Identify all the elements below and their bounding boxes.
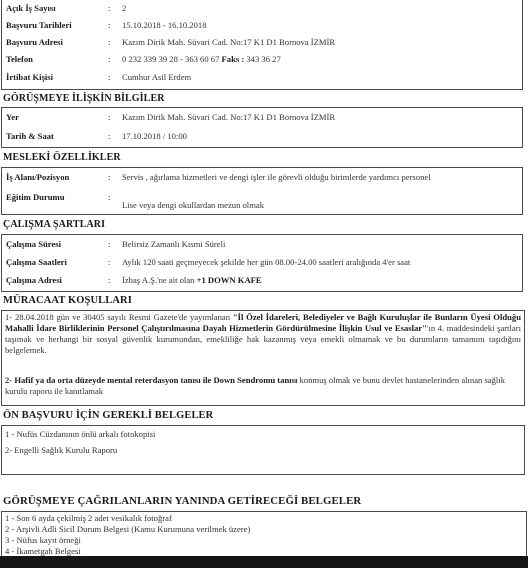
profession-row-position: İş Alanı/Pozisyon : Servis , ağırlama hi…: [2, 170, 522, 185]
info-label: Telefon: [6, 52, 33, 67]
colon: :: [108, 255, 110, 270]
fax-label: Faks :: [222, 54, 245, 64]
info-value: Belirsiz Zamanlı Kısmi Süreli: [122, 237, 225, 252]
condition-2-diagnosis: Hafif ya da orta düzeyde mental reterdas…: [14, 375, 297, 385]
pre-doc-item: 2- Engelli Sağlık Kurulu Raporu: [5, 445, 117, 456]
info-label: Çalışma Saatleri: [6, 255, 67, 270]
work-address-bold: +1 DOWN KAFE: [197, 275, 262, 285]
info-label: Başvuru Adresi: [6, 35, 63, 50]
conditions-row-hours: Çalışma Saatleri : Aylık 120 saati geçme…: [2, 255, 522, 270]
condition-2-number: 2-: [5, 375, 14, 385]
info-value: Aylık 120 saati geçmeyecek şekilde her g…: [122, 255, 410, 270]
interview-docs-section-title: GÖRÜŞMEYE ÇAĞRILANLARIN YANINDA GETİRECE…: [3, 495, 361, 507]
interview-doc-item: 1 - Son 6 ayda çekilmiş 2 adet vesikalık…: [5, 513, 172, 524]
pre-docs-box: 1 - Nufüs Cüzdanının önlü arkalı fotokop…: [1, 425, 525, 475]
info-label: Açık İş Sayısı: [6, 1, 56, 16]
info-value: Kazım Dirik Mah. Süvari Cad. No:17 K1 D1…: [122, 35, 335, 50]
condition-1-text: 1- 28.04.2018 gün ve 30405 sayılı Resmi …: [5, 312, 233, 322]
info-value: İzbaş A.Ş.'ne ait olan +1 DOWN KAFE: [122, 273, 262, 288]
info-value: Kazım Dirik Mah. Süvari Cad. No:17 K1 D1…: [122, 110, 335, 125]
application-condition-1: 1- 28.04.2018 gün ve 30405 sayılı Resmi …: [5, 312, 521, 356]
conditions-row-duration: Çalışma Süresi : Belirsiz Zamanlı Kısmi …: [2, 237, 522, 252]
info-value: Cumhur Asil Erdem: [122, 70, 191, 85]
colon: :: [108, 35, 110, 50]
info-value: 2: [122, 1, 126, 16]
colon: :: [108, 70, 110, 85]
conditions-box: Çalışma Süresi : Belirsiz Zamanlı Kısmi …: [1, 234, 523, 292]
colon: :: [108, 52, 110, 67]
colon: :: [108, 170, 110, 185]
profession-row-education-value: Lise veya dengi okullardan mezun olmak: [2, 198, 522, 213]
application-section-title: MÜRACAAT KOŞULLARI: [3, 295, 132, 306]
colon: :: [108, 110, 110, 125]
pre-doc-item: 1 - Nufüs Cüzdanının önlü arkalı fotokop…: [5, 429, 155, 440]
interview-section-title: GÖRÜŞMEYE İLİŞKİN BİLGİLER: [3, 93, 165, 104]
info-label: Başvuru Tarihleri: [6, 18, 72, 33]
info-row-contact-person: İrtibat Kişisi : Cumhur Asil Erdem: [2, 70, 522, 85]
colon: :: [108, 18, 110, 33]
interview-info-box: Yer : Kazım Dirik Mah. Süvari Cad. No:17…: [1, 107, 523, 148]
colon: :: [108, 273, 110, 288]
fax-value: 343 36 27: [244, 54, 281, 64]
info-value: 0 232 339 39 28 - 363 60 67 Faks : 343 3…: [122, 52, 281, 67]
colon: :: [108, 129, 110, 144]
info-row-application-address: Başvuru Adresi : Kazım Dirik Mah. Süvari…: [2, 35, 522, 50]
work-address-text: İzbaş A.Ş.'ne ait olan: [122, 275, 197, 285]
conditions-row-address: Çalışma Adresi : İzbaş A.Ş.'ne ait olan …: [2, 273, 522, 288]
phone-value: 0 232 339 39 28 - 363 60 67: [122, 54, 222, 64]
application-box: 1- 28.04.2018 gün ve 30405 sayılı Resmi …: [1, 310, 525, 406]
colon: :: [108, 237, 110, 252]
info-value: Servis , ağırlama hizmetleri ve dengi iş…: [122, 170, 431, 185]
info-row-phone: Telefon : 0 232 339 39 28 - 363 60 67 Fa…: [2, 52, 522, 67]
info-label: Çalışma Süresi: [6, 237, 61, 252]
application-condition-2: 2- Hafif ya da orta düzeyde mental reter…: [5, 375, 521, 397]
info-row-application-dates: Başvuru Tarihleri : 15.10.2018 - 16.10.2…: [2, 18, 522, 33]
info-value: 17.10.2018 / 10:00: [122, 129, 187, 144]
info-label: İş Alanı/Pozisyon: [6, 170, 69, 185]
interview-doc-item: 2 - Arşivli Adli Sicil Durum Belgesi (Ka…: [5, 524, 250, 535]
general-info-box: Açık İş Sayısı : 2 Başvuru Tarihleri : 1…: [1, 0, 523, 90]
info-row-open-positions: Açık İş Sayısı : 2: [2, 1, 522, 16]
pre-docs-section-title: ÖN BAŞVURU İÇİN GEREKLİ BELGELER: [3, 410, 213, 421]
info-label: İrtibat Kişisi: [6, 70, 53, 85]
info-value: Lise veya dengi okullardan mezun olmak: [122, 198, 264, 213]
profession-section-title: MESLEKİ ÖZELLİKLER: [3, 152, 121, 163]
info-label: Çalışma Adresi: [6, 273, 62, 288]
conditions-section-title: ÇALIŞMA ŞARTLARI: [3, 219, 105, 230]
interview-row-datetime: Tarih & Saat : 17.10.2018 / 10:00: [2, 129, 522, 144]
info-value: 15.10.2018 - 16.10.2018: [122, 18, 207, 33]
profession-box: İş Alanı/Pozisyon : Servis , ağırlama hi…: [1, 167, 523, 215]
info-label: Tarih & Saat: [6, 129, 54, 144]
info-label: Yer: [6, 110, 19, 125]
interview-row-place: Yer : Kazım Dirik Mah. Süvari Cad. No:17…: [2, 110, 522, 125]
interview-doc-item: 3 - Nüfus kayıt örneği: [5, 535, 81, 546]
bottom-dark-bar: [0, 556, 528, 568]
colon: :: [108, 1, 110, 16]
